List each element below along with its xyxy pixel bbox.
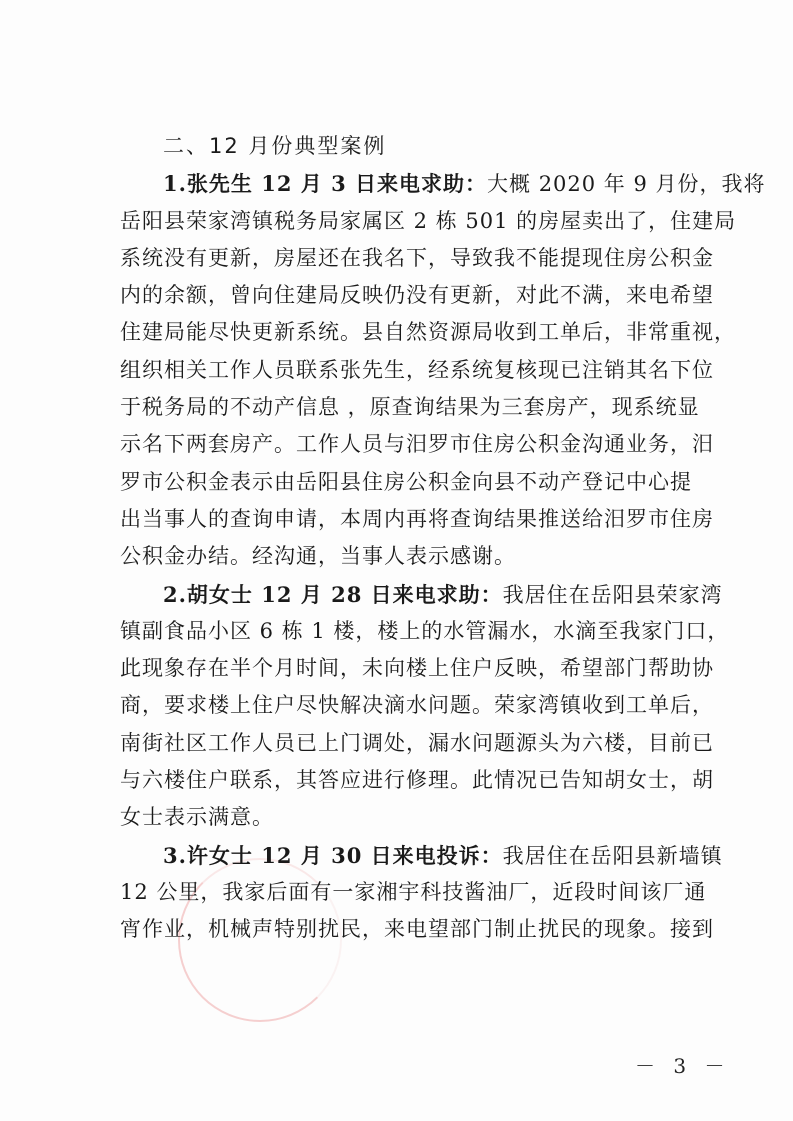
document-page: 二、12 月份典型案例 1.张先生 12 月 3 日来电求助：大概 2020 年…: [0, 0, 793, 1121]
section-heading: 二、12 月份典型案例: [120, 128, 686, 165]
page-number: － 3 －: [635, 1050, 730, 1079]
case-1-lead: 1.张先生 12 月 3 日来电求助：: [163, 171, 487, 196]
case-1-line: 系统没有更新，房屋还在我名下，导致我不能提现住房公积金: [120, 240, 686, 277]
case-2-line: 南街社区工作人员已上门调处，漏水问题源头为六楼，目前已: [120, 725, 686, 762]
case-3-line: 12 公里，我家后面有一家湘宇科技酱油厂，近段时间该厂通: [120, 874, 686, 911]
case-1-first-line: 1.张先生 12 月 3 日来电求助：大概 2020 年 9 月份，我将: [120, 165, 686, 202]
case-2-text: 我居住在岳阳县荣家湾: [503, 583, 723, 607]
case-2-first-line: 2.胡女士 12 月 28 日来电求助：我居住在岳阳县荣家湾: [120, 576, 686, 613]
case-2-line: 与六楼住户联系，其答应进行修理。此情况已告知胡女士，胡: [120, 762, 686, 799]
case-2-lead: 2.胡女士 12 月 28 日来电求助：: [163, 582, 503, 607]
case-3-lead: 3.许女士 12 月 30 日来电投诉：: [163, 843, 503, 868]
case-2-line: 商，要求楼上住户尽快解决滴水问题。荣家湾镇收到工单后，: [120, 687, 686, 724]
case-1-line: 出当事人的查询申请，本周内再将查询结果推送给汨罗市住房: [120, 501, 686, 538]
case-2-line: 女士表示满意。: [120, 799, 686, 836]
case-1-line: 住建局能尽快更新系统。县自然资源局收到工单后，非常重视，: [120, 314, 686, 351]
case-1-line: 于税务局的不动产信息 ，原查询结果为三套房产，现系统显: [120, 389, 686, 426]
case-3-first-line: 3.许女士 12 月 30 日来电投诉：我居住在岳阳县新墙镇: [120, 837, 686, 874]
case-2-line: 此现象存在半个月时间，未向楼上住户反映，希望部门帮助协: [120, 650, 686, 687]
case-1-line: 内的余额，曾向住建局反映仍没有更新，对此不满，来电希望: [120, 277, 686, 314]
case-1-line: 示名下两套房产。工作人员与汨罗市住房公积金沟通业务，汨: [120, 426, 686, 463]
case-1-line: 组织相关工作人员联系张先生，经系统复核现已注销其名下位: [120, 352, 686, 389]
case-1-line: 岳阳县荣家湾镇税务局家属区 2 栋 501 的房屋卖出了，住建局: [120, 203, 686, 240]
case-1-line: 公积金办结。经沟通，当事人表示感谢。: [120, 538, 686, 575]
document-body: 二、12 月份典型案例 1.张先生 12 月 3 日来电求助：大概 2020 年…: [120, 128, 686, 949]
case-1-text: 大概 2020 年 9 月份，我将: [487, 172, 766, 196]
case-1-line: 罗市公积金表示由岳阳县住房公积金向县不动产登记中心提: [120, 464, 686, 501]
case-3-line: 宵作业，机械声特别扰民，来电望部门制止扰民的现象。接到: [120, 911, 686, 948]
case-2-line: 镇副食品小区 6 栋 1 楼，楼上的水管漏水，水滴至我家门口，: [120, 613, 686, 650]
case-3-text: 我居住在岳阳县新墙镇: [503, 844, 723, 868]
